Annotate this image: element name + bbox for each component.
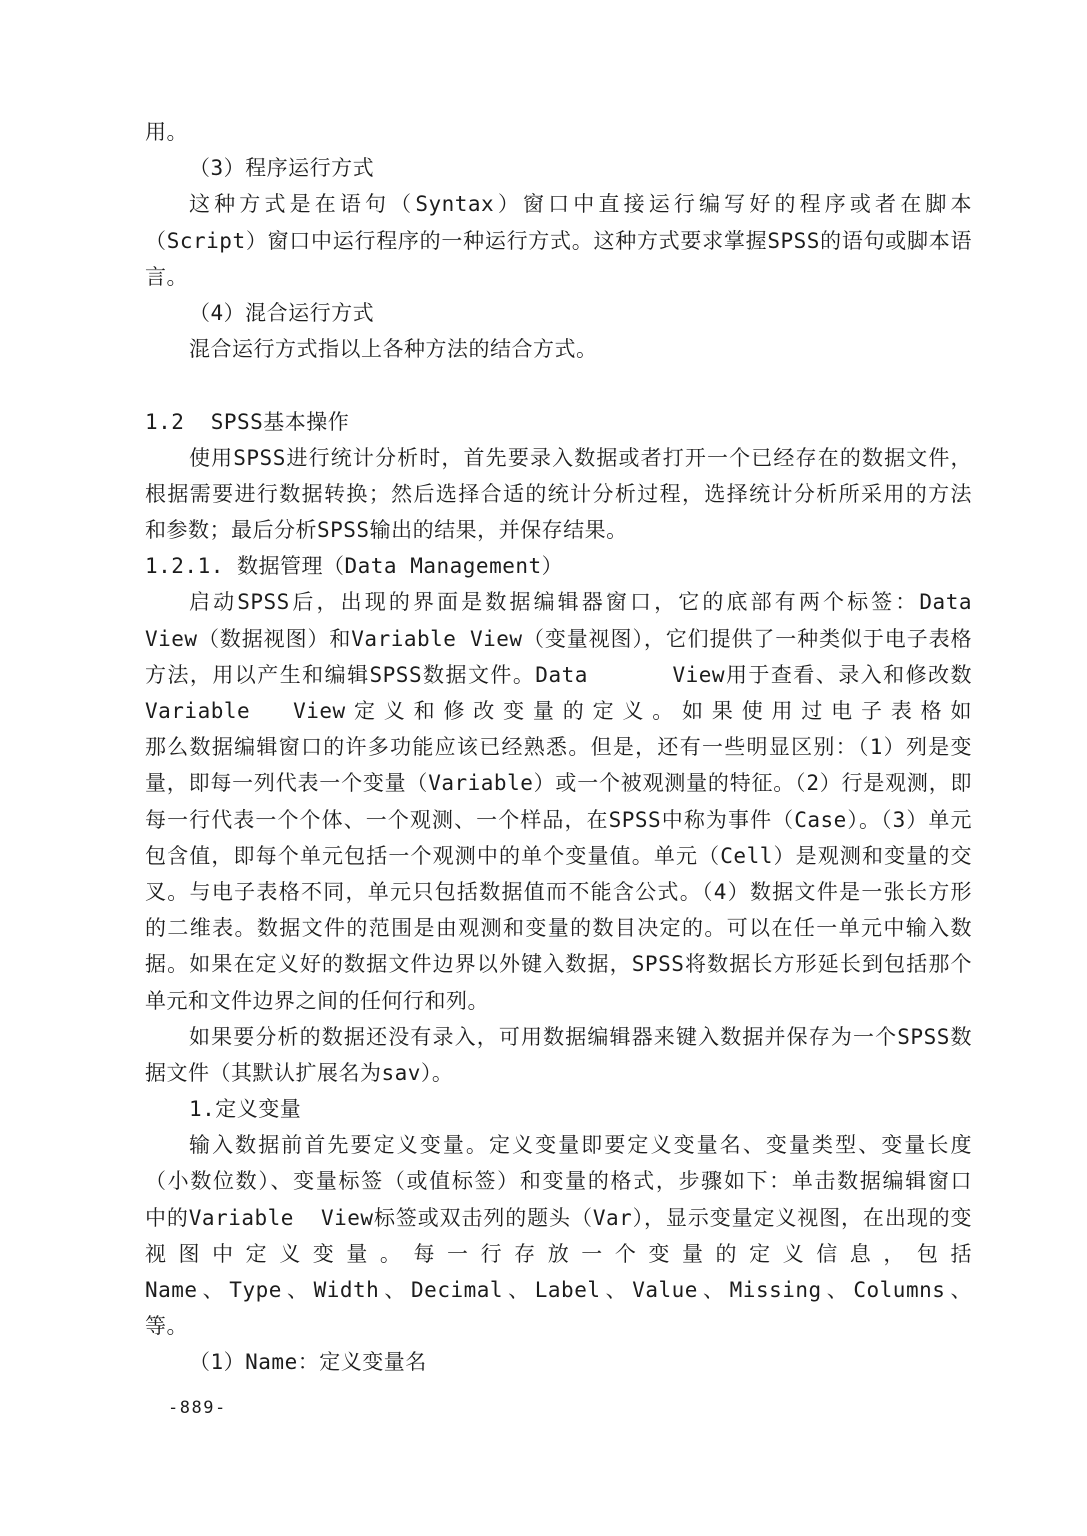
body-line: 这种方式是在语句（Syntax）窗口中直接运行编写好的程序或者在脚本 (145, 186, 972, 222)
body-line: 和参数；最后分析SPSS输出的结果，并保存结果。 (145, 512, 972, 548)
list-item-heading-run-mode-4: （4）混合运行方式 (145, 295, 972, 331)
body-line: 根据需要进行数据转换；然后选择合适的统计分析过程，选择统计分析所采用的方法 (145, 476, 972, 512)
body-line: 每一行代表一个个体、一个观测、一个样品，在SPSS中称为事件（Case）。（3）… (145, 802, 972, 838)
body-line: 的二维表。数据文件的范围是由观测和变量的数目决定的。可以在任一单元中输入数 (145, 910, 972, 946)
text-block: 用。 （3）程序运行方式 这种方式是在语句（Syntax）窗口中直接运行编写好的… (145, 114, 972, 1381)
body-line: 视图中定义变量。每一行存放一个变量的定义信息，包括 (145, 1236, 972, 1272)
section-heading-1-2: 1.2 SPSS基本操作 (145, 404, 972, 440)
body-line: 使用SPSS进行统计分析时，首先要录入数据或者打开一个已经存在的数据文件， (145, 440, 972, 476)
body-line: Name、Type、Width、Decimal、Label、Value、Miss… (145, 1272, 972, 1308)
body-line: 方法，用以产生和编辑SPSS数据文件。Data View用于查看、录入和修改数据… (145, 657, 972, 693)
section-heading-1-2-1: 1.2.1. 数据管理（Data Management） (145, 548, 972, 584)
body-line: 输入数据前首先要定义变量。定义变量即要定义变量名、变量类型、变量长度 (145, 1127, 972, 1163)
body-line: 包含值，即每个单元包括一个观测中的单个变量值。单元（Cell）是观测和变量的交 (145, 838, 972, 874)
body-line: 据文件（其默认扩展名为sav）。 (145, 1055, 972, 1091)
document-page: 用。 （3）程序运行方式 这种方式是在语句（Syntax）窗口中直接运行编写好的… (0, 0, 1087, 1536)
body-line: 中的Variable View标签或双击列的题头（Var），显示变量定义视图，在… (145, 1200, 972, 1236)
list-item-heading-name-field: （1）Name：定义变量名 (145, 1344, 972, 1380)
body-line: 等。 (145, 1308, 972, 1344)
body-line: 言。 (145, 259, 972, 295)
body-line: 据。如果在定义好的数据文件边界以外键入数据，SPSS将数据长方形延长到包括那个 (145, 946, 972, 982)
body-line: 启动SPSS后，出现的界面是数据编辑器窗口，它的底部有两个标签：Data (145, 584, 972, 620)
body-line: （小数位数）、变量标签（或值标签）和变量的格式，步骤如下：单击数据编辑窗口 (145, 1163, 972, 1199)
body-line: 混合运行方式指以上各种方法的结合方式。 (145, 331, 972, 367)
body-line: （Script）窗口中运行程序的一种运行方式。这种方式要求掌握SPSS的语句或脚… (145, 223, 972, 259)
body-line: View（数据视图）和Variable View（变量视图），它们提供了一种类似… (145, 621, 972, 657)
page-number: -889- (168, 1396, 227, 1420)
body-line: 如果要分析的数据还没有录入，可用数据编辑器来键入数据并保存为一个SPSS数 (145, 1019, 972, 1055)
body-line: 量，即每一列代表一个变量（Variable）或一个被观测量的特征。（2）行是观测… (145, 765, 972, 801)
subheading-define-variables: 1.定义变量 (145, 1091, 972, 1127)
body-line: 用。 (145, 114, 972, 150)
body-line: Variable View定义和修改变量的定义。如果使用过电子表格如Micros… (145, 693, 972, 729)
list-item-heading-run-mode-3: （3）程序运行方式 (145, 150, 972, 186)
body-line: 单元和文件边界之间的任何行和列。 (145, 983, 972, 1019)
body-line: 那么数据编辑窗口的许多功能应该已经熟悉。但是，还有一些明显区别：（1）列是变 (145, 729, 972, 765)
body-line: 叉。与电子表格不同，单元只包括数据值而不能含公式。（4）数据文件是一张长方形 (145, 874, 972, 910)
blank-line (145, 367, 972, 403)
